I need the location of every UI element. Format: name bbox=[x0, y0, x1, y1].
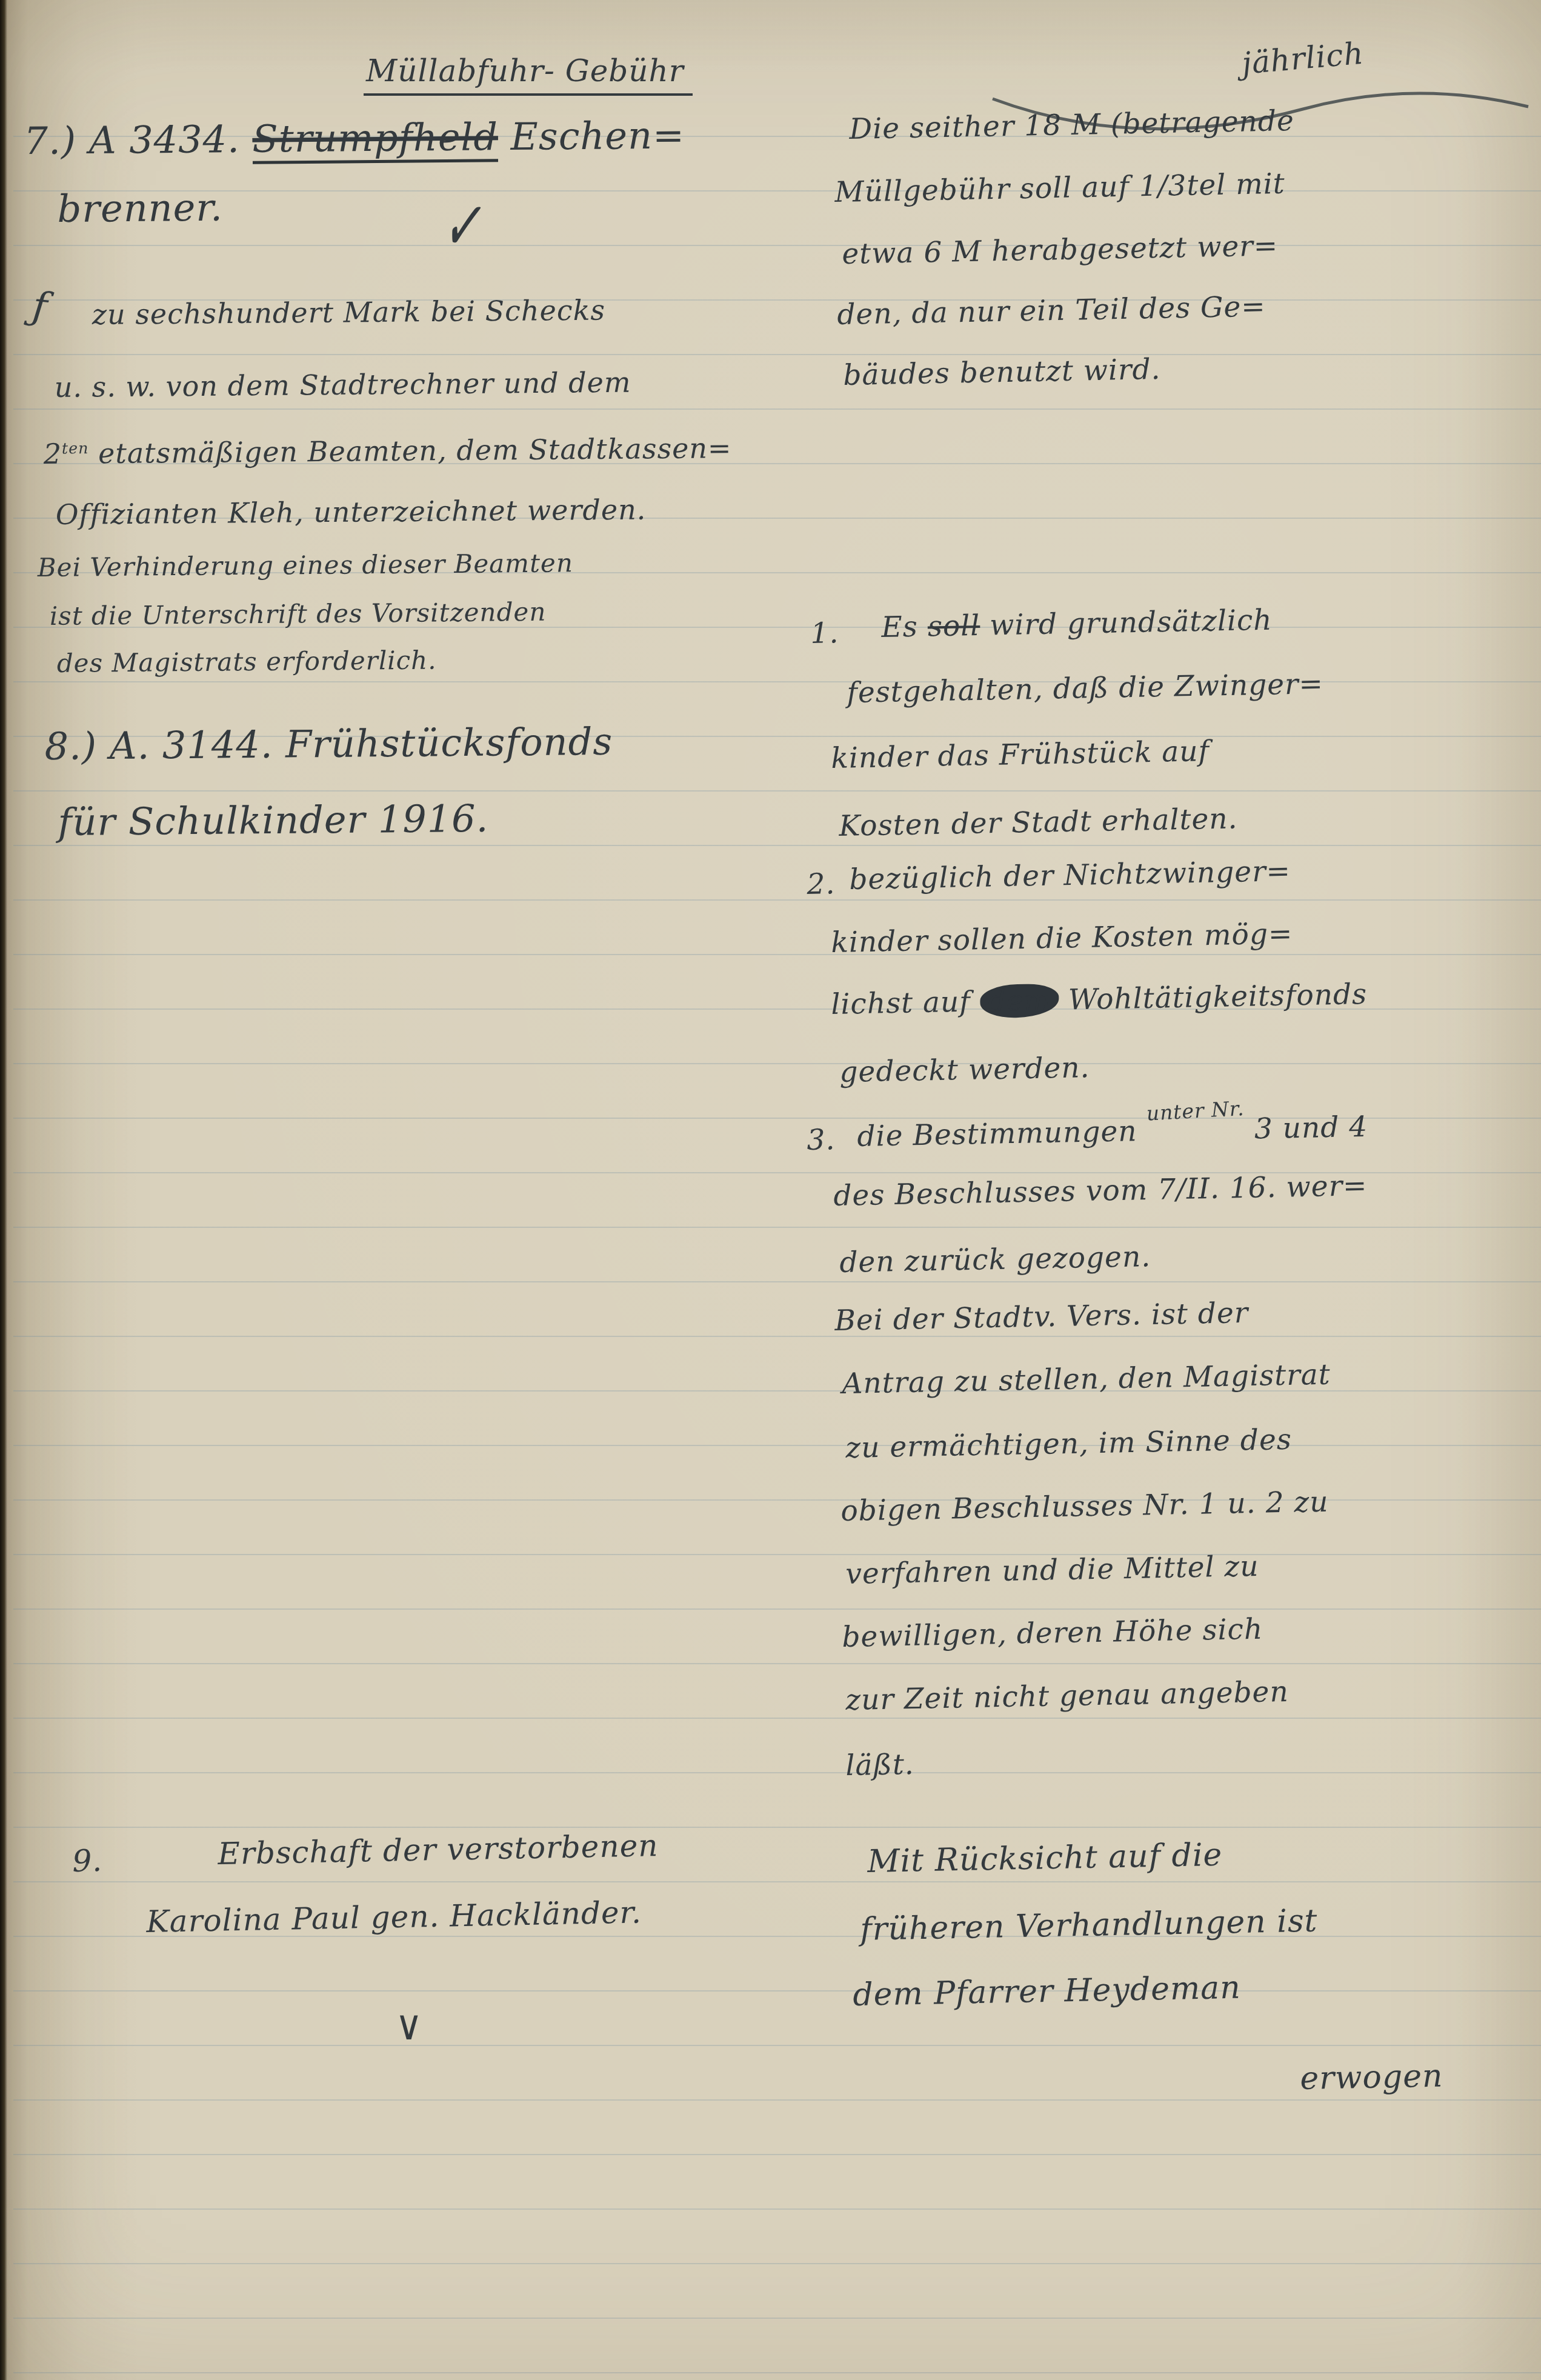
manuscript-line: Offizianten Kleh, unterzeichnet werden. bbox=[56, 493, 647, 531]
line-text: lichst auf bbox=[831, 985, 980, 1021]
line-text: wird grundsätzlich bbox=[980, 604, 1273, 642]
manuscript-page: Müllabfuhr- Gebühr 7.) A 3434. Strumpfhe… bbox=[0, 0, 1541, 2380]
manuscript-line: bäudes benutzt wird. bbox=[843, 353, 1161, 392]
manuscript-line: des Magistrats erforderlich. bbox=[57, 645, 437, 678]
manuscript-line: erwogen bbox=[1300, 2058, 1443, 2097]
ink-blot-word: dem bbox=[980, 984, 1059, 1018]
check-mark: ✓ bbox=[441, 182, 483, 270]
item7-heading-line2: brenner. bbox=[57, 185, 223, 231]
manuscript-line: u. s. w. von dem Stadtrechner und dem bbox=[55, 366, 631, 404]
manuscript-line: läßt. bbox=[845, 1748, 914, 1782]
line-text: u. s. w. von dem Stadtrechner und dem bbox=[55, 366, 631, 404]
manuscript-line: ist die Unterschrift des Vorsitzenden bbox=[50, 597, 547, 631]
superscript-text: ten bbox=[62, 439, 89, 457]
manuscript-line: dem Pfarrer Heydeman bbox=[853, 1970, 1241, 2013]
item8-heading-line1: 8.) A. 3144. Frühstücksfonds bbox=[44, 719, 613, 768]
line-text: Wohltätigkeitsfonds bbox=[1059, 978, 1368, 1017]
line-text: Es bbox=[881, 610, 928, 644]
line-text: 2 bbox=[44, 438, 62, 470]
manuscript-line: 2ten etatsmäßigen Beamten, dem Stadtkass… bbox=[44, 432, 732, 470]
manuscript-line: zu sechshundert Mark bei Schecks bbox=[92, 294, 606, 331]
struck-word: soll bbox=[927, 609, 980, 644]
line-text: 3 und 4 bbox=[1244, 1110, 1368, 1146]
manuscript-line: den zurück gezogen. bbox=[839, 1240, 1151, 1279]
book-binding-edge bbox=[0, 0, 7, 2380]
item7-heading-cont: Eschen= bbox=[498, 113, 685, 159]
list-item-number: 3. bbox=[807, 1123, 836, 1157]
manuscript-line: Mit Rücksicht auf die bbox=[867, 1837, 1223, 1880]
check-mark: ∨ bbox=[395, 2001, 424, 2049]
inserted-phrase: unter Nr. bbox=[1146, 1096, 1245, 1125]
item9-number: 9. bbox=[72, 1843, 103, 1879]
manuscript-line: Bei Verhinderung eines dieser Beamten bbox=[38, 548, 573, 582]
item7-struck-name: Strumpfheld bbox=[252, 115, 498, 164]
ruled-lines bbox=[13, 136, 1541, 2380]
list-item-number: 2. bbox=[807, 867, 836, 901]
list-item-number: 1. bbox=[810, 616, 839, 650]
line-text: die Bestimmungen bbox=[857, 1115, 1147, 1153]
item7-heading-line1: 7.) A 3434. Strumpfheld Eschen= bbox=[24, 113, 685, 163]
line-text: etatsmäßigen Beamten, dem Stadtkassen= bbox=[88, 432, 731, 470]
header-note-text: Müllabfuhr- Gebühr bbox=[364, 53, 693, 96]
manuscript-line: gedeckt werden. bbox=[839, 1051, 1090, 1089]
item8-heading-line2: für Schulkinder 1916. bbox=[58, 796, 488, 844]
item7-number: 7.) A 3434. bbox=[24, 117, 252, 163]
header-note: Müllabfuhr- Gebühr bbox=[364, 53, 693, 88]
